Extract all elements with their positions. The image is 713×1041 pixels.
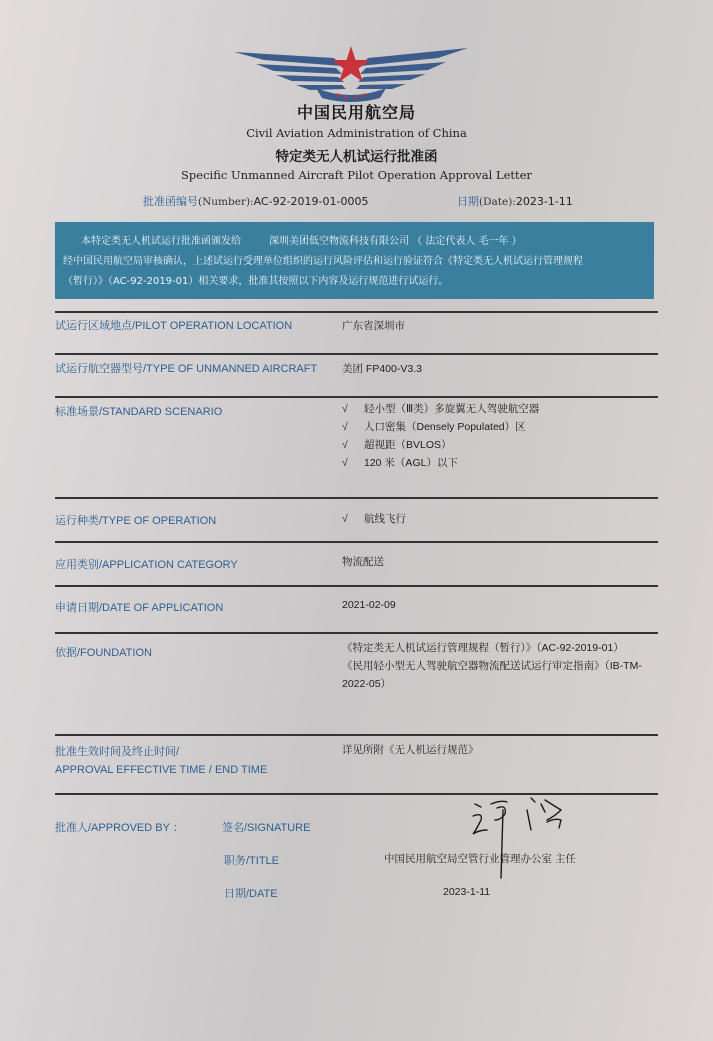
application-date-value: 2021-02-09 bbox=[342, 596, 396, 614]
scenario-item: √人口密集（Densely Populated）区 bbox=[342, 418, 539, 436]
scenario-label: 标准场景/STANDARD SCENARIO bbox=[55, 403, 222, 421]
scenario-list: √轻小型（Ⅲ类）多旋翼无人驾驶航空器 √人口密集（Densely Populat… bbox=[342, 400, 539, 472]
date-label-cn: 日期 bbox=[457, 195, 479, 208]
divider bbox=[55, 311, 658, 313]
caac-emblem-icon bbox=[234, 44, 468, 102]
application-date-label: 申请日期/DATE OF APPLICATION bbox=[55, 599, 223, 617]
number-label-cn: 批准函编号 bbox=[143, 195, 198, 208]
banner-line-1: 本特定类无人机试运行批准函颁发给深圳美团低空物流科技有限公司 （ 法定代表人 毛… bbox=[63, 232, 646, 252]
number-value: AC-92-2019-01-0005 bbox=[254, 195, 369, 208]
checkmark-icon: √ bbox=[342, 418, 364, 436]
date-value: 2023-1-11 bbox=[516, 195, 573, 208]
aircraft-label: 试运行航空器型号/TYPE OF UNMANNED AIRCRAFT bbox=[55, 360, 317, 378]
checkmark-icon: √ bbox=[342, 510, 364, 528]
operation-value: √航线飞行 bbox=[342, 510, 406, 528]
divider bbox=[55, 632, 658, 634]
foundation-item: 《民用轻小型无人驾驶航空器物流配送试运行审定指南》（IB-TM-2022-05） bbox=[342, 657, 647, 693]
aircraft-value: 美团 FP400-V3.3 bbox=[342, 360, 422, 378]
org-name-cn: 中国民用航空局 bbox=[0, 100, 713, 123]
approved-by-label: 批准人/APPROVED BY ： bbox=[55, 820, 184, 836]
date-value: 2023-1-11 bbox=[443, 884, 490, 900]
divider bbox=[55, 585, 658, 587]
letter-title-cn: 特定类无人机试运行批准函 bbox=[0, 145, 713, 165]
scenario-item: √120 米（AGL）以下 bbox=[342, 454, 539, 472]
operation-label: 运行种类/TYPE OF OPERATION bbox=[55, 512, 216, 530]
divider bbox=[55, 541, 658, 543]
issuance-banner: 本特定类无人机试运行批准函颁发给深圳美团低空物流科技有限公司 （ 法定代表人 毛… bbox=[55, 222, 654, 299]
org-name-en: Civil Aviation Administration of China bbox=[0, 126, 713, 140]
effective-time-value: 详见所附《无人机运行规范》 bbox=[342, 741, 479, 759]
checkmark-icon: √ bbox=[342, 436, 364, 454]
divider bbox=[55, 497, 658, 499]
signature-label: 签名/SIGNATURE bbox=[222, 820, 310, 836]
date-label-en: (Date): bbox=[479, 196, 516, 208]
checkmark-icon: √ bbox=[342, 400, 364, 418]
handwritten-signature-icon bbox=[465, 790, 575, 880]
scenario-item: √轻小型（Ⅲ类）多旋翼无人驾驶航空器 bbox=[342, 400, 539, 418]
category-value: 物流配送 bbox=[342, 553, 384, 571]
location-label: 试运行区域地点/PILOT OPERATION LOCATION bbox=[55, 317, 292, 335]
effective-time-label: 批准生效时间及终止时间/ APPROVAL EFFECTIVE TIME / E… bbox=[55, 743, 267, 779]
divider bbox=[55, 353, 658, 355]
date-label: 日期/DATE bbox=[224, 886, 278, 902]
scenario-item: √超视距（BVLOS） bbox=[342, 436, 539, 454]
divider bbox=[55, 734, 658, 736]
banner-line-3: （暂行）》（AC-92-2019-01）相关要求，批准其按照以下内容及运行规范进… bbox=[63, 272, 646, 292]
foundation-list: 《特定类无人机试运行管理规程（暂行）》（AC-92-2019-01） 《民用轻小… bbox=[342, 639, 647, 693]
category-label: 应用类别/APPLICATION CATEGORY bbox=[55, 556, 238, 574]
letter-date: 日期(Date):2023-1-11 bbox=[457, 193, 573, 209]
title-label: 职务/TITLE bbox=[224, 853, 279, 869]
banner-prefix: 本特定类无人机试运行批准函颁发给 bbox=[81, 236, 241, 247]
banner-line-2: 经中国民用航空局审核确认，上述试运行受理单位组织的运行风险评估和运行验证符合《特… bbox=[63, 252, 646, 272]
banner-recipient: 深圳美团低空物流科技有限公司 （ 法定代表人 毛一年 ） bbox=[269, 236, 522, 247]
number-label-en: (Number): bbox=[198, 196, 254, 208]
foundation-item: 《特定类无人机试运行管理规程（暂行）》（AC-92-2019-01） bbox=[342, 639, 647, 657]
foundation-label: 依据/FOUNDATION bbox=[55, 644, 152, 662]
letter-title-en: Specific Unmanned Aircraft Pilot Operati… bbox=[0, 168, 713, 182]
checkmark-icon: √ bbox=[342, 454, 364, 472]
location-value: 广东省深圳市 bbox=[342, 317, 405, 335]
approval-number: 批准函编号(Number):AC-92-2019-01-0005 bbox=[143, 193, 368, 209]
divider bbox=[55, 396, 658, 398]
